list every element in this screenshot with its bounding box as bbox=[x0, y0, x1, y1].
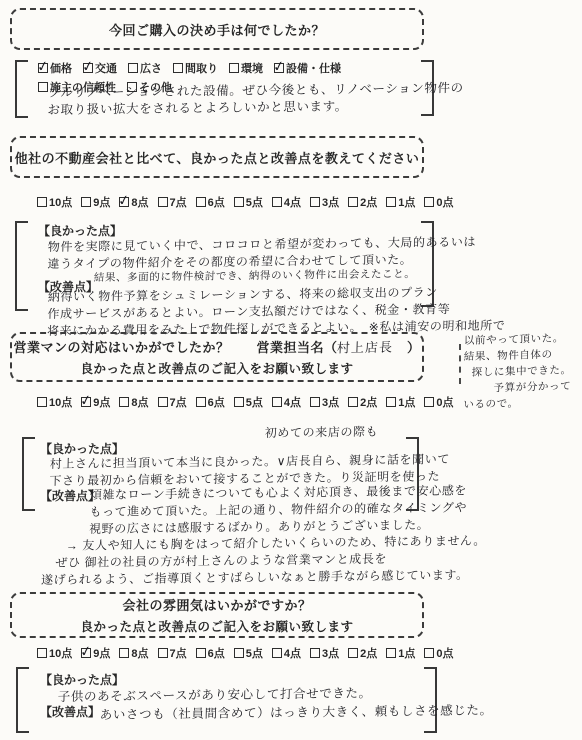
rating-option: 3点 bbox=[310, 394, 339, 410]
rating-checkbox-icon bbox=[81, 648, 91, 658]
rating-option: 1点 bbox=[386, 394, 415, 410]
rating-label: 5点 bbox=[246, 194, 263, 210]
rating-option: 6点 bbox=[196, 394, 225, 410]
margin-dash-mark bbox=[459, 344, 461, 384]
survey-scan-page: 今回ご購入の決め手は何でしたか？ 価格 交通 広さ 間取り 環境 設備・仕様 施… bbox=[0, 0, 582, 740]
rating-option: 4点 bbox=[272, 645, 301, 661]
comparison-rating-row: 10点 9点 8点 7点 6点 5点 4点 3点 2点 1点 0点 bbox=[37, 194, 454, 210]
rating-label: 8点 bbox=[131, 394, 148, 410]
rating-checkbox-icon bbox=[424, 197, 434, 207]
rating-checkbox-icon bbox=[81, 197, 91, 207]
rating-label: 9点 bbox=[93, 394, 110, 410]
rating-checkbox-icon bbox=[119, 648, 129, 658]
checkbox-icon bbox=[38, 82, 48, 92]
rating-option: 5点 bbox=[234, 194, 263, 210]
rating-label: 7点 bbox=[170, 394, 187, 410]
rating-option: 3点 bbox=[310, 645, 339, 661]
checkbox-icon bbox=[128, 63, 138, 73]
question-box-sales: 営業マンの対応はいかがでしたか？ 営業担当名（村上店長 ） 良かった点と改善点の… bbox=[10, 332, 424, 382]
option-label: 広さ bbox=[140, 60, 162, 76]
rating-label: 4点 bbox=[284, 394, 301, 410]
good-points-label: 【良かった点】 bbox=[38, 222, 122, 239]
checkbox-icon bbox=[229, 63, 239, 73]
rating-label: 9点 bbox=[93, 645, 110, 661]
rating-label: 8点 bbox=[131, 645, 148, 661]
rating-option: 5点 bbox=[234, 394, 263, 410]
rating-label: 8点 bbox=[131, 194, 148, 210]
checkbox-icon bbox=[83, 63, 93, 73]
atmosphere-rating-row: 10点 9点 8点 7点 6点 5点 4点 3点 2点 1点 0点 bbox=[37, 645, 454, 661]
rating-option: 1点 bbox=[386, 194, 415, 210]
rating-label: 7点 bbox=[170, 194, 187, 210]
rating-checkbox-icon bbox=[310, 648, 320, 658]
rating-option: 4点 bbox=[272, 194, 301, 210]
handwriting-line: 以前やって頂いた。 bbox=[464, 330, 572, 349]
bracket-left bbox=[22, 437, 35, 511]
rating-option: 7点 bbox=[158, 645, 187, 661]
rating-checkbox-icon bbox=[386, 397, 396, 407]
title-after: ） bbox=[394, 340, 421, 355]
rating-checkbox-icon bbox=[119, 397, 129, 407]
rating-checkbox-icon bbox=[272, 648, 282, 658]
rating-option: 9点 bbox=[81, 645, 110, 661]
rating-label: 5点 bbox=[246, 394, 263, 410]
rating-option: 10点 bbox=[37, 645, 72, 661]
rating-option: 3点 bbox=[310, 194, 339, 210]
decision-option: 広さ bbox=[128, 60, 162, 76]
rating-option: 2点 bbox=[348, 394, 377, 410]
title-before: 営業マンの対応はいかがでしたか？ 営業担当名（ bbox=[13, 340, 337, 355]
rating-option: 10点 bbox=[37, 394, 72, 410]
rating-label: 4点 bbox=[284, 645, 301, 661]
rating-label: 7点 bbox=[170, 645, 187, 661]
rating-option: 6点 bbox=[196, 194, 225, 210]
question-box-comparison: 他社の不動産会社と比べて、良かった点と改善点を教えてください bbox=[10, 136, 424, 178]
rating-label: 0点 bbox=[436, 194, 453, 210]
rating-label: 2点 bbox=[360, 645, 377, 661]
bracket-left bbox=[15, 60, 28, 118]
rating-option: 4点 bbox=[272, 394, 301, 410]
rating-option: 0点 bbox=[424, 194, 453, 210]
rating-label: 0点 bbox=[436, 645, 453, 661]
rating-checkbox-icon bbox=[310, 397, 320, 407]
rating-label: 1点 bbox=[398, 394, 415, 410]
checkbox-icon bbox=[38, 63, 48, 73]
comparison-good-note: 結果、多面的に物件検討でき、納得のいく物件に出会えたこと。 bbox=[94, 266, 416, 285]
option-label: 環境 bbox=[241, 60, 263, 76]
rating-label: 9点 bbox=[93, 194, 110, 210]
decision-option: 間取り bbox=[173, 60, 218, 76]
rating-label: 6点 bbox=[208, 194, 225, 210]
rating-checkbox-icon bbox=[234, 197, 244, 207]
agent-name-handwriting: 村上店長 bbox=[337, 337, 394, 357]
rating-checkbox-icon bbox=[424, 397, 434, 407]
question-title-line1: 会社の雰囲気はいかがですか？ bbox=[122, 595, 311, 614]
rating-label: 0点 bbox=[436, 394, 453, 410]
decision-option: 価格 bbox=[38, 60, 72, 76]
rating-checkbox-icon bbox=[348, 648, 358, 658]
rating-checkbox-icon bbox=[196, 197, 206, 207]
checkbox-icon bbox=[173, 63, 183, 73]
checkbox-icon bbox=[274, 63, 284, 73]
question-title-line1: 営業マンの対応はいかがでしたか？ 営業担当名（村上店長 ） bbox=[13, 337, 420, 356]
rating-checkbox-icon bbox=[424, 648, 434, 658]
rating-label: 2点 bbox=[360, 394, 377, 410]
rating-checkbox-icon bbox=[81, 397, 91, 407]
inserted-note-handwriting: 初めての来店の際も bbox=[265, 423, 379, 441]
rating-checkbox-icon bbox=[234, 397, 244, 407]
sales-extra-handwriting: → 友人や知人にも胸をはって紹介したいくらいのため、特にありません。ぜひ 御社の… bbox=[41, 533, 486, 589]
rating-option: 8点 bbox=[119, 194, 148, 210]
rating-label: 6点 bbox=[208, 394, 225, 410]
rating-checkbox-icon bbox=[348, 197, 358, 207]
rating-checkbox-icon bbox=[348, 397, 358, 407]
rating-checkbox-icon bbox=[158, 397, 168, 407]
decision-option: 交通 bbox=[83, 60, 117, 76]
question-box-atmosphere: 会社の雰囲気はいかがですか？ 良かった点と改善点のご記入をお願い致します bbox=[10, 592, 424, 638]
option-label: 間取り bbox=[185, 60, 218, 76]
rating-label: 3点 bbox=[322, 194, 339, 210]
bracket-left bbox=[16, 667, 29, 733]
decision-answer-handwriting: フルリノベーションされた設備。ぜひ今後とも、リノベーション物件のお取り扱い拡大を… bbox=[47, 80, 464, 119]
option-label: 交通 bbox=[95, 60, 117, 76]
rating-option: 0点 bbox=[424, 645, 453, 661]
margin-note-handwriting: 以前やって頂いた。結果、物件自体の探しに集中できた。予算が分かっているので。 bbox=[463, 330, 572, 413]
rating-label: 3点 bbox=[322, 394, 339, 410]
rating-option: 8点 bbox=[119, 394, 148, 410]
handwriting-line: いるので。 bbox=[463, 394, 571, 413]
rating-checkbox-icon bbox=[158, 648, 168, 658]
rating-option: 5点 bbox=[234, 645, 263, 661]
rating-option: 9点 bbox=[81, 394, 110, 410]
rating-checkbox-icon bbox=[119, 197, 129, 207]
rating-label: 2点 bbox=[360, 194, 377, 210]
rating-option: 7点 bbox=[158, 394, 187, 410]
rating-label: 1点 bbox=[398, 645, 415, 661]
rating-option: 10点 bbox=[37, 194, 72, 210]
improve-points-label: 【改善点】 bbox=[40, 703, 100, 720]
question-title-line2: 良かった点と改善点のご記入をお願い致します bbox=[80, 617, 353, 635]
rating-label: 10点 bbox=[49, 645, 72, 661]
option-label: 設備・仕様 bbox=[286, 60, 341, 76]
rating-checkbox-icon bbox=[386, 648, 396, 658]
sales-improve-handwriting: 煩雑なローン手続きについても心よく対応頂き、最後まで安心感をもって進めて頂いた。… bbox=[89, 482, 468, 538]
question-title: 今回ご購入の決め手は何でしたか？ bbox=[109, 20, 325, 39]
rating-label: 5点 bbox=[246, 645, 263, 661]
bracket-left bbox=[15, 221, 28, 311]
rating-label: 10点 bbox=[49, 194, 72, 210]
rating-checkbox-icon bbox=[196, 648, 206, 658]
rating-checkbox-icon bbox=[37, 197, 47, 207]
rating-option: 6点 bbox=[196, 645, 225, 661]
rating-label: 4点 bbox=[284, 194, 301, 210]
question-title: 他社の不動産会社と比べて、良かった点と改善点を教えてください bbox=[15, 148, 420, 167]
rating-option: 1点 bbox=[386, 645, 415, 661]
rating-label: 1点 bbox=[398, 194, 415, 210]
rating-option: 9点 bbox=[81, 194, 110, 210]
option-label: 価格 bbox=[50, 60, 72, 76]
question-title-line2: 良かった点と改善点のご記入をお願い致します bbox=[80, 359, 353, 377]
rating-checkbox-icon bbox=[386, 197, 396, 207]
rating-checkbox-icon bbox=[196, 397, 206, 407]
rating-checkbox-icon bbox=[158, 197, 168, 207]
decision-option: 環境 bbox=[229, 60, 263, 76]
rating-checkbox-icon bbox=[37, 397, 47, 407]
rating-label: 3点 bbox=[322, 645, 339, 661]
rating-checkbox-icon bbox=[234, 648, 244, 658]
rating-checkbox-icon bbox=[272, 197, 282, 207]
rating-option: 8点 bbox=[119, 645, 148, 661]
rating-label: 6点 bbox=[208, 645, 225, 661]
decision-option: 設備・仕様 bbox=[274, 60, 341, 76]
rating-option: 2点 bbox=[348, 194, 377, 210]
question-box-decision: 今回ご購入の決め手は何でしたか？ bbox=[10, 8, 424, 50]
rating-checkbox-icon bbox=[272, 397, 282, 407]
rating-checkbox-icon bbox=[37, 648, 47, 658]
rating-option: 2点 bbox=[348, 645, 377, 661]
rating-option: 7点 bbox=[158, 194, 187, 210]
rating-option: 0点 bbox=[424, 394, 453, 410]
handwriting-line: 予算が分かって bbox=[463, 378, 571, 397]
rating-checkbox-icon bbox=[310, 197, 320, 207]
sales-rating-row: 10点 9点 8点 7点 6点 5点 4点 3点 2点 1点 0点 bbox=[37, 394, 454, 410]
rating-label: 10点 bbox=[49, 394, 72, 410]
